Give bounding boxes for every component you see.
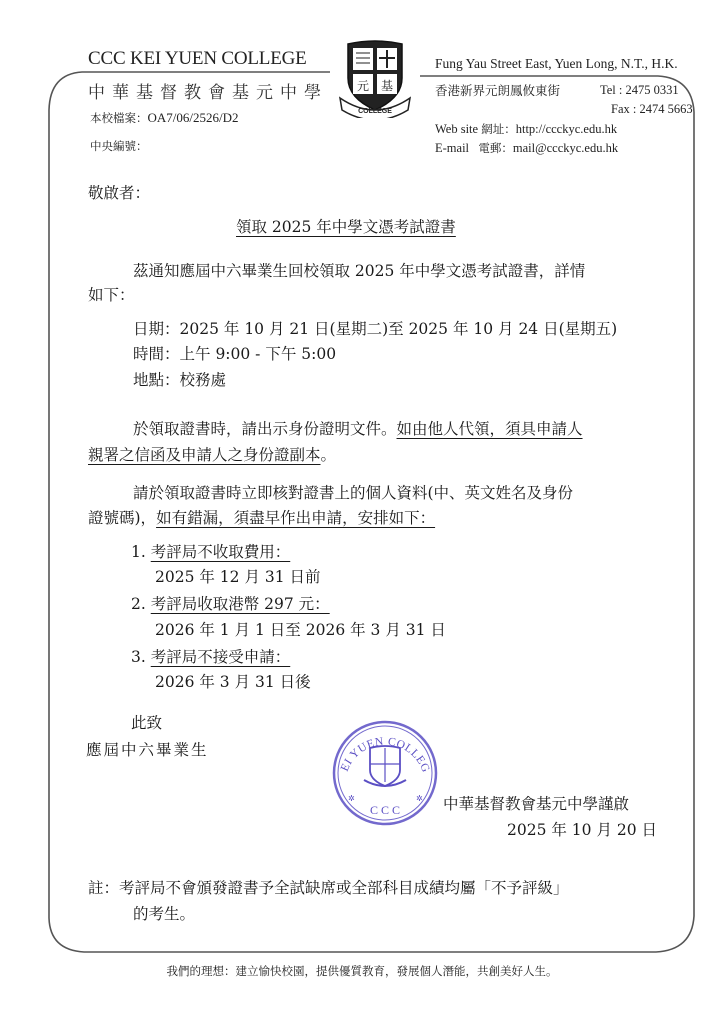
fax-value: : 2474 5663	[633, 102, 693, 116]
salutation: 敬啟者：	[88, 181, 150, 203]
website-label-zh: 網址：	[481, 122, 516, 136]
central-number: 中央編號：	[90, 138, 148, 154]
note-line-1: 註：考評局不會頒發證書予全試缺席或全部科目成績均屬「不予評級」	[88, 876, 569, 898]
detail-date-value: 2025 年 10 月 21 日(星期二)至 2025 年 10 月 24 日(…	[180, 320, 618, 338]
arrangement-num: 1.	[131, 543, 146, 561]
svg-text:元: 元	[357, 79, 369, 93]
email-label-zh: 電郵：	[478, 141, 513, 155]
school-name-en: CCC KEI YUEN COLLEGE	[88, 48, 307, 70]
detail-location-label: 地點：	[133, 371, 180, 389]
tel-value: : 2475 0331	[619, 83, 679, 97]
letter-date: 2025 年 10 月 20 日	[507, 818, 657, 840]
para2-line-1: 於領取證書時，請出示身份證明文件。如由他人代領，須具申請人	[133, 417, 583, 439]
intro-line-2: 如下：	[88, 283, 135, 305]
arrangement-heading: 考評局不收取費用：	[151, 543, 291, 561]
arrangement-item-1: 1. 考評局不收取費用：	[131, 540, 290, 562]
para2-line-2: 親署之信函及申請人之身份證副本。	[88, 443, 336, 465]
arrangement-heading: 考評局收取港幣 297 元：	[151, 595, 330, 613]
detail-location-value: 校務處	[180, 371, 227, 389]
detail-time: 時間：上午 9:00 - 下午 5:00	[133, 342, 336, 364]
svg-text:C C C: C C C	[370, 803, 400, 817]
website-label-en: Web site	[435, 122, 478, 136]
recipient: 應屆中六畢業生	[86, 738, 209, 760]
signature: 中華基督教會基元中學謹啟	[443, 792, 629, 814]
para2-end: 。	[321, 446, 337, 464]
intro-line-1: 茲通知應屆中六畢業生回校領取 2025 年中學文憑考試證書，詳情	[133, 259, 585, 281]
para2-underlined-1: 如由他人代領，須具申請人	[397, 420, 583, 438]
central-no-label: 中央編號：	[90, 139, 148, 153]
website: Web site 網址：http://ccckyc.edu.hk	[435, 121, 617, 137]
file-reference: 本校檔案：OA7/06/2526/D2	[90, 110, 239, 126]
letter-title: 領取 2025 年中學文憑考試證書	[236, 215, 456, 237]
svg-text:COLLEGE: COLLEGE	[358, 108, 392, 115]
arrangement-heading: 考評局不接受申請：	[151, 648, 291, 666]
website-link[interactable]: http://ccckyc.edu.hk	[516, 122, 617, 136]
arrangement-detail-1: 2025 年 12 月 31 日前	[155, 565, 321, 587]
arrangement-num: 3.	[131, 648, 146, 666]
school-crest-icon: 元 基 COLLEGE	[338, 38, 412, 118]
school-seal-stamp-icon: KEI YUEN COLLEGE C C C ✲ ✲	[330, 718, 440, 828]
telephone: Tel : 2475 0331	[600, 83, 679, 98]
para2-underlined-2: 親署之信函及申請人之身份證副本	[88, 446, 321, 464]
detail-time-value: 上午 9:00 - 下午 5:00	[180, 345, 337, 363]
arrangement-item-3: 3. 考評局不接受申請：	[131, 645, 290, 667]
fax-label: Fax	[611, 102, 630, 116]
para2-plain: 於領取證書時，請出示身份證明文件。	[133, 420, 397, 438]
closing: 此致	[131, 711, 162, 733]
svg-text:✲: ✲	[348, 794, 355, 803]
file-ref-label: 本校檔案：	[90, 111, 148, 125]
tel-label: Tel	[600, 83, 616, 97]
school-name-zh: 中華基督教會基元中學	[88, 78, 328, 103]
address-en: Fung Yau Street East, Yuen Long, N.T., H…	[435, 56, 678, 72]
school-motto: 我們的理想：建立愉快校園，提供優質教育，發展個人潛能，共創美好人生。	[0, 963, 724, 979]
email-label-en: E-mail	[435, 141, 469, 155]
svg-text:基: 基	[381, 79, 393, 93]
arrangement-detail-2: 2026 年 1 月 1 日至 2026 年 3 月 31 日	[155, 618, 446, 640]
arrangement-num: 2.	[131, 595, 146, 613]
detail-date-label: 日期：	[133, 320, 180, 338]
arrangement-item-2: 2. 考評局收取港幣 297 元：	[131, 592, 330, 614]
svg-text:✲: ✲	[416, 794, 423, 803]
email-link[interactable]: mail@ccckyc.edu.hk	[513, 141, 618, 155]
note-line-2: 的考生。	[133, 902, 195, 924]
file-ref-value: OA7/06/2526/D2	[148, 110, 239, 125]
arrangement-detail-3: 2026 年 3 月 31 日後	[155, 670, 311, 692]
detail-time-label: 時間：	[133, 345, 180, 363]
detail-date: 日期：2025 年 10 月 21 日(星期二)至 2025 年 10 月 24…	[133, 317, 617, 339]
fax: Fax : 2474 5663	[611, 102, 693, 117]
address-zh: 香港新界元朗鳳攸東街	[435, 81, 560, 99]
para3-line-1: 請於領取證書時立即核對證書上的個人資料(中、英文姓名及身份	[133, 481, 573, 503]
detail-location: 地點：校務處	[133, 368, 226, 390]
email: E-mail 電郵：mail@ccckyc.edu.hk	[435, 140, 618, 156]
para3-line-2: 證號碼)，如有錯漏，須盡早作出申請，安排如下：	[88, 506, 435, 528]
para3-underlined: 如有錯漏，須盡早作出申請，安排如下：	[156, 509, 435, 527]
para3-plain: 證號碼)，	[88, 509, 156, 527]
